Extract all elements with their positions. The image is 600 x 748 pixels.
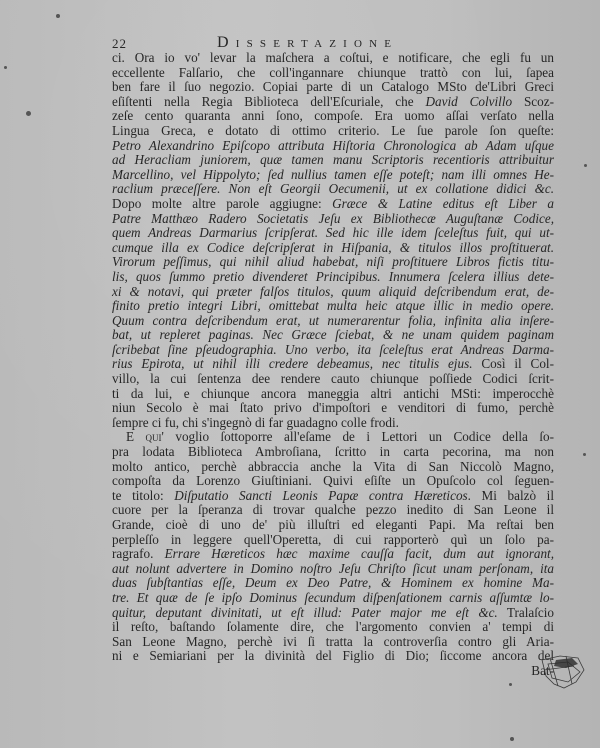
text-line: duas ſubſtantias eſſe, Deum ex Deo Patre… <box>112 576 554 591</box>
text-line: E qui' voglio ſottoporre all'eſame de i … <box>112 430 554 445</box>
text-line: ti da lui, e chiunque ancora maneggia al… <box>112 387 554 402</box>
text-segment: compoſta da Lorenzo Giuſtiniani. Quivi e… <box>112 473 554 488</box>
text-segment: Così il Col- <box>473 356 554 371</box>
text-segment: perpleſſo in leggere quell'Operetta, di … <box>112 532 554 547</box>
text-segment: Dopo molte altre parole aggiugne: <box>112 196 332 211</box>
text-segment: pra lodata Biblioteca Ambroſiana, ſcritt… <box>112 444 554 459</box>
text-line: bat, ut repleret paginas. Nec Græce ſcie… <box>112 328 554 343</box>
text-segment: Grande, cioè di uno de' più illuſtri ed … <box>112 517 554 532</box>
italic-text: Græce & Latine editus eſt Liber a <box>332 196 554 211</box>
text-segment: Tralaſcio <box>498 605 554 620</box>
text-segment: ragrafo. <box>112 546 165 561</box>
text-segment: ſempre ci fu, chi s'ingegnò di far guada… <box>112 415 399 430</box>
text-segment: niun Secolo è mai ſtato privo d'impoſtor… <box>112 400 554 415</box>
italic-text: ad Heracliam juniorem, quæ tamen manu Sc… <box>112 152 554 167</box>
text-segment: eſiſtenti nella Regia Biblioteca dell'Eſ… <box>112 94 425 109</box>
text-segment: ni e Semiariani per la divinità del Figl… <box>112 648 554 663</box>
text-line: ſempre ci fu, chi s'ingegnò di far guada… <box>112 416 554 431</box>
italic-text: Marcellino, vel Hippolyto; ſed nullius t… <box>112 167 554 182</box>
text-line: perpleſſo in leggere quell'Operetta, di … <box>112 533 554 548</box>
italic-text: Errare Hæreticos hæc maxime cauſſa facit… <box>165 546 554 561</box>
text-segment: villo, la cui ſentenza dee rendere cauto… <box>112 371 554 386</box>
text-line: Dopo molte altre parole aggiugne: Græce … <box>112 197 554 212</box>
italic-text: finito pretio integri Libri, omittebat m… <box>112 298 554 313</box>
text-line: aut nolunt advertere in Domino noſtro Je… <box>112 562 554 577</box>
text-line: Patre Matthæo Radero Societatis Jeſu ex … <box>112 212 554 227</box>
text-line: Quum contra deſcribendum erat, ut numera… <box>112 314 554 329</box>
text-line: compoſta da Lorenzo Giuſtiniani. Quivi e… <box>112 474 554 489</box>
italic-text: cumque illa ex Codice deſcripſerat in Hi… <box>112 240 554 255</box>
italic-text: duas ſubſtantias eſſe, Deum ex Deo Patre… <box>112 575 554 590</box>
italic-text: Diſputatio Sancti Leonis Papæ contra Hær… <box>174 488 467 503</box>
text-line: San Leone Magno, perchè ivi ſi tratta la… <box>112 635 554 650</box>
italic-text: aut nolunt advertere in Domino noſtro Je… <box>112 561 554 576</box>
text-segment: Scoz- <box>512 94 554 109</box>
paper-speck <box>4 66 7 69</box>
text-line: ben fare il ſuo negozio. Copiai parte di… <box>112 80 554 95</box>
italic-text: Quum contra deſcribendum erat, ut numera… <box>112 313 554 328</box>
text-line: te titolo: Diſputatio Sancti Leonis Papæ… <box>112 489 554 504</box>
text-line: quitur, deputant divinitati, ut eſt illu… <box>112 606 554 621</box>
text-line: niun Secolo è mai ſtato privo d'impoſtor… <box>112 401 554 416</box>
text-line: ragrafo. Errare Hæreticos hæc maxime cau… <box>112 547 554 562</box>
text-segment: eccellente Falſario, che coll'ingannare … <box>112 65 554 80</box>
text-line: lis, quos ſummo pretio divenderet Princi… <box>112 270 554 285</box>
paper-speck <box>584 164 587 167</box>
text-line: zeſe cento quaranta anni ſono, compoſe. … <box>112 109 554 124</box>
text-segment: ci. Ora io vo' levar la maſchera a coſtu… <box>112 50 554 65</box>
italic-text: lis, quos ſummo pretio divenderet Princi… <box>112 269 554 284</box>
ink-smudge-icon <box>538 652 588 694</box>
italic-text: tre. Et quæ de ſe ipſo Dominus ſecundum … <box>112 590 554 605</box>
text-segment: E qui' <box>126 429 164 444</box>
text-line: villo, la cui ſentenza dee rendere cauto… <box>112 372 554 387</box>
text-segment: voglio ſottoporre all'eſame de i Lettori… <box>164 429 554 444</box>
italic-text: bat, ut repleret paginas. Nec Græce ſcie… <box>112 327 554 342</box>
paper-speck <box>509 683 512 686</box>
italic-text: xi & notavi, qui præter falſos titulos, … <box>112 284 554 299</box>
text-segment: ti da lui, e chiunque ancora maneggia al… <box>112 386 554 401</box>
text-segment: il reſto, baſtando ſolamente dire, che l… <box>112 619 554 634</box>
italic-text: Petro Alexandrino Epiſcopo attributa Hiſ… <box>112 138 554 153</box>
text-line: eccellente Falſario, che coll'ingannare … <box>112 66 554 81</box>
body-text: ci. Ora io vo' levar la maſchera a coſtu… <box>112 51 554 679</box>
text-line: Marcellino, vel Hippolyto; ſed nullius t… <box>112 168 554 183</box>
text-segment: ben fare il ſuo negozio. Copiai parte di… <box>112 79 554 94</box>
text-line: ſcribebat ſine pſeudographia. Uno verbo,… <box>112 343 554 358</box>
text-segment: San Leone Magno, perchè ivi ſi tratta la… <box>112 634 554 649</box>
paper-speck <box>583 453 586 456</box>
italic-text: raclium præceſſere. Non eſt Georgii Oecu… <box>112 181 554 196</box>
text-line: eſiſtenti nella Regia Biblioteca dell'Eſ… <box>112 95 554 110</box>
text-segment: Lingua Greca, e dotato di ottimo criteri… <box>112 123 554 138</box>
book-page: 22 Dissertazione ci. Ora io vo' levar la… <box>0 0 600 748</box>
text-line: tre. Et quæ de ſe ipſo Dominus ſecundum … <box>112 591 554 606</box>
text-segment: zeſe cento quaranta anni ſono, compoſe. … <box>112 108 554 123</box>
catchword: Bat- <box>112 664 554 679</box>
text-line: pra lodata Biblioteca Ambroſiana, ſcritt… <box>112 445 554 460</box>
text-line: il reſto, baſtando ſolamente dire, che l… <box>112 620 554 635</box>
text-line: molto antico, perchè abbraccia anche la … <box>112 460 554 475</box>
text-segment: te titolo: <box>112 488 174 503</box>
text-line: ad Heracliam juniorem, quæ tamen manu Sc… <box>112 153 554 168</box>
italic-text: quem Andreas Darmarius ſcripſerat. Sed h… <box>112 225 554 240</box>
italic-text: Virorum peſſimus, qui nihil aliud habeba… <box>112 254 554 269</box>
text-line: ci. Ora io vo' levar la maſchera a coſtu… <box>112 51 554 66</box>
text-segment: cuore per la ſperanza di trovar qualche … <box>112 502 554 517</box>
italic-text: ſcribebat ſine pſeudographia. Uno verbo,… <box>112 342 554 357</box>
italic-text: David Colvillo <box>425 94 512 109</box>
text-line: Virorum peſſimus, qui nihil aliud habeba… <box>112 255 554 270</box>
text-line: cuore per la ſperanza di trovar qualche … <box>112 503 554 518</box>
paper-speck <box>510 737 514 741</box>
text-line: Lingua Greca, e dotato di ottimo criteri… <box>112 124 554 139</box>
text-line: cumque illa ex Codice deſcripſerat in Hi… <box>112 241 554 256</box>
paper-speck <box>56 14 60 18</box>
text-line: Grande, cioè di uno de' più illuſtri ed … <box>112 518 554 533</box>
text-line: rius Epirota, ut nihil illi credere debe… <box>112 357 554 372</box>
italic-text: quitur, deputant divinitati, ut eſt illu… <box>112 605 498 620</box>
paper-speck <box>26 111 31 116</box>
text-segment: molto antico, perchè abbraccia anche la … <box>112 459 554 474</box>
text-line: xi & notavi, qui præter falſos titulos, … <box>112 285 554 300</box>
italic-text: rius Epirota, ut nihil illi credere debe… <box>112 356 473 371</box>
text-line: ni e Semiariani per la divinità del Figl… <box>112 649 554 664</box>
text-line: finito pretio integri Libri, omittebat m… <box>112 299 554 314</box>
text-line: Petro Alexandrino Epiſcopo attributa Hiſ… <box>112 139 554 154</box>
italic-text: Patre Matthæo Radero Societatis Jeſu ex … <box>112 211 554 226</box>
text-segment: . Mi balzò il <box>468 488 554 503</box>
text-line: raclium præceſſere. Non eſt Georgii Oecu… <box>112 182 554 197</box>
text-line: quem Andreas Darmarius ſcripſerat. Sed h… <box>112 226 554 241</box>
